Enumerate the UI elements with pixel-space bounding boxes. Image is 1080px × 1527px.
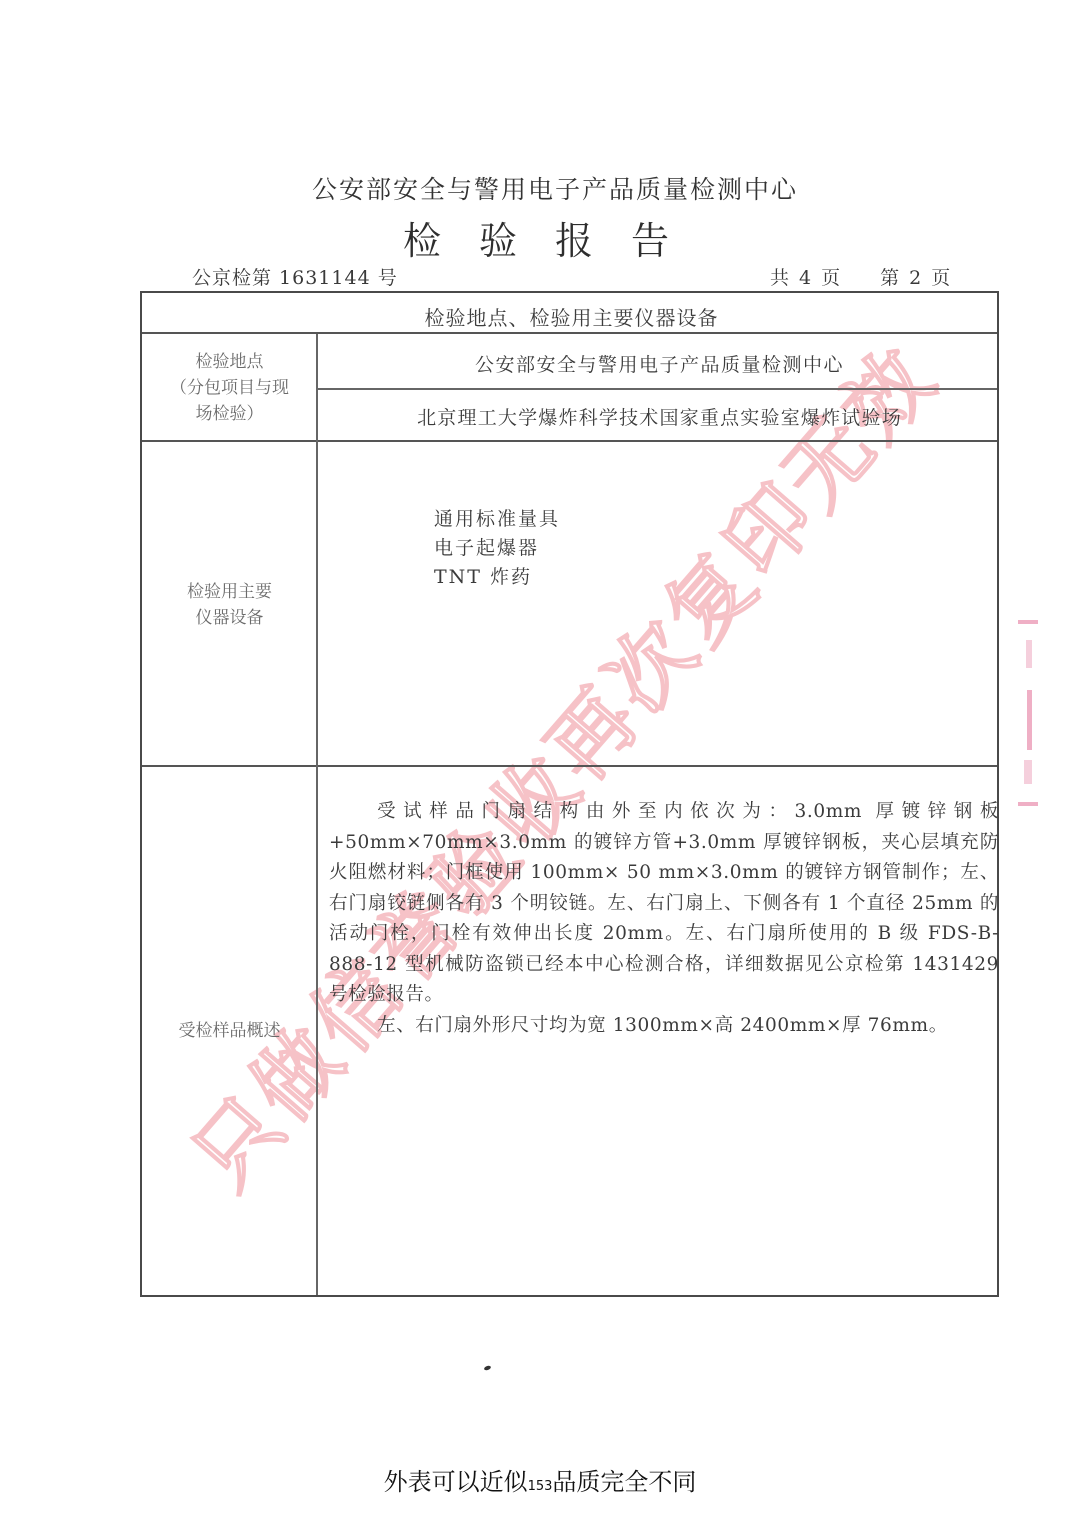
scan-speck	[484, 1365, 492, 1371]
location-secondary: 北京理工大学爆炸科学技术国家重点实验室爆炸试验场	[318, 403, 1001, 430]
organization-title: 公安部安全与警用电子产品质量检测中心	[0, 170, 1080, 206]
current-page-unit: 页	[931, 267, 950, 289]
caption-text-before: 外表可以近似	[384, 1468, 528, 1496]
document-title: 检验报告	[0, 210, 1080, 265]
location-label-line: （分包项目与现	[142, 375, 317, 401]
description-paragraph: 左、右门扇外形尺寸均为宽 1300mm×高 2400mm×厚 76mm。	[329, 1011, 999, 1042]
report-number: 公京检第 1631144 号	[192, 263, 398, 290]
equipment-label-line: 仪器设备	[142, 605, 317, 631]
equipment-item: TNT 炸药	[434, 563, 560, 592]
inspection-table: 检验地点、检验用主要仪器设备 检验地点 （分包项目与现 场检验） 公安部安全与警…	[140, 291, 999, 1297]
location-label-line: 检验地点	[142, 349, 317, 375]
current-page-label: 第	[880, 267, 899, 289]
page-info: 共4页第2页	[770, 263, 960, 290]
equipment-list: 通用标准量具 电子起爆器 TNT 炸药	[434, 505, 560, 592]
sample-description: 受试样品门扇结构由外至内依次为：3.0mm 厚镀锌钢板+50mm×70mm×3.…	[329, 797, 999, 1041]
caption-text-after: 品质完全不同	[552, 1468, 696, 1496]
location-label-line: 场检验）	[142, 401, 317, 427]
equipment-item: 电子起爆器	[434, 534, 560, 563]
section-heading: 检验地点、检验用主要仪器设备	[142, 302, 1001, 331]
total-pages-label: 共	[770, 267, 789, 289]
equipment-label: 检验用主要 仪器设备	[142, 579, 317, 631]
page-unit: 页	[821, 267, 840, 289]
location-label: 检验地点 （分包项目与现 场检验）	[142, 349, 317, 427]
location-primary: 公安部安全与警用电子产品质量检测中心	[318, 350, 1001, 377]
equipment-item: 通用标准量具	[434, 505, 560, 534]
caption-small-number: 153	[528, 1479, 553, 1494]
total-pages: 4	[799, 267, 811, 289]
current-page: 2	[909, 267, 921, 289]
description-paragraph: 受试样品门扇结构由外至内依次为：3.0mm 厚镀锌钢板+50mm×70mm×3.…	[329, 797, 999, 1011]
row-divider	[142, 332, 997, 334]
seal-edge-mark	[1018, 620, 1040, 810]
equipment-label-line: 检验用主要	[142, 579, 317, 605]
row-divider	[142, 765, 997, 767]
column-divider	[316, 334, 318, 1295]
sample-overview-label: 受检样品概述	[142, 1018, 317, 1044]
row-divider	[142, 440, 997, 442]
bottom-caption: 外表可以近似153品质完全不同	[0, 1462, 1080, 1497]
row-divider	[317, 388, 997, 390]
